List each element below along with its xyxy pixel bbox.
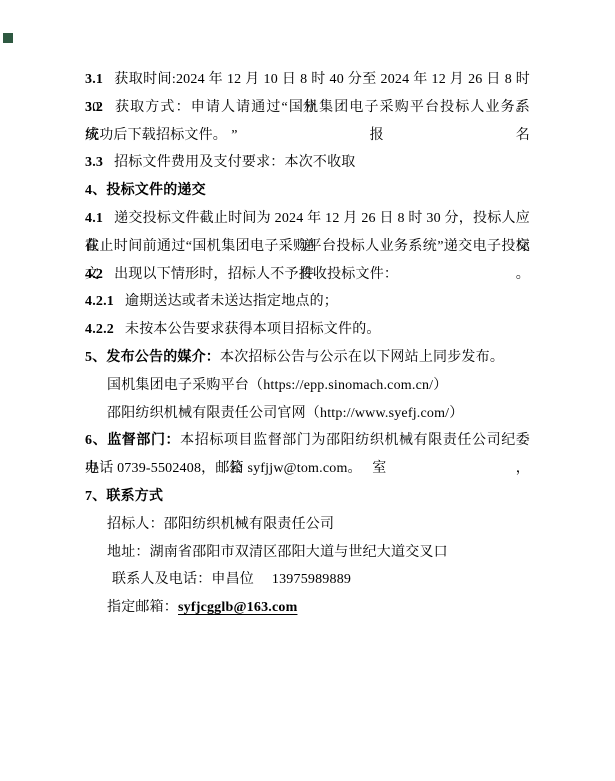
page-marker	[3, 33, 13, 43]
line-text: 电话 0739-5502408，邮箱 syfjjw@tom.com。	[85, 461, 362, 476]
line-text: 逾期送达或者未送达指定地点的；	[125, 294, 338, 309]
line-label: 发布公告的媒介：	[106, 350, 220, 365]
doc-line: 4.2.2未按本公告要求获得本项目招标文件的。	[85, 316, 530, 344]
line-number: 6、	[85, 433, 107, 448]
doc-line: 联系人及电话：申昌位 13975989889	[85, 566, 530, 594]
line-text: 指定邮箱：	[107, 600, 178, 615]
doc-line: 地址：湖南省邵阳市双清区邵阳大道与世纪大道交叉口	[85, 539, 530, 567]
line-text: 本次招标公告与公示在以下网站上同步发布。	[220, 350, 504, 365]
line-number: 4.2.2	[85, 322, 114, 337]
line-text: 未按本公告要求获得本项目招标文件的。	[125, 322, 381, 337]
line-text: 联系人及电话：申昌位 13975989889	[112, 572, 351, 587]
doc-line: 邵阳纺织机械有限责任公司官网（http://www.syefj.com/）	[85, 400, 530, 428]
doc-line: 截止时间前通过“国机集团电子采购平台投标人业务系统”递交电子投标文件。	[85, 233, 530, 261]
line-number: 4.1	[85, 211, 103, 226]
line-number: 4、	[85, 183, 106, 198]
doc-line: 3.1获取时间:2024 年 12 月 10 日 8 时 40 分至 2024 …	[85, 66, 530, 94]
doc-line: 5、发布公告的媒介：本次招标公告与公示在以下网站上同步发布。	[85, 344, 530, 372]
line-number: 3.2	[85, 100, 103, 115]
line-label: 联系方式	[106, 489, 163, 504]
line-label: 监督部门：	[107, 433, 180, 448]
doc-line: 国机集团电子采购平台（https://epp.sinomach.com.cn/）	[85, 372, 530, 400]
doc-line: 4.1递交投标文件截止时间为 2024 年 12 月 26 日 8 时 30 分…	[85, 205, 530, 233]
line-number: 3.1	[85, 72, 103, 87]
line-number: 4.2	[85, 267, 103, 282]
line-text: 招标人：邵阳纺织机械有限责任公司	[107, 517, 334, 532]
line-number: 3.3	[85, 155, 103, 170]
doc-line: 7、联系方式	[85, 483, 530, 511]
doc-line: 6、监督部门：本招标项目监督部门为邵阳纺织机械有限责任公司纪委办公室，	[85, 427, 530, 455]
doc-line: 3.3招标文件费用及支付要求：本次不收取	[85, 149, 530, 177]
doc-line: 4.2.1逾期送达或者未送达指定地点的；	[85, 288, 530, 316]
line-text: 出现以下情形时，招标人不予接收投标文件：	[114, 267, 398, 282]
doc-line: 指定邮箱：syfjcgglb@163.com	[85, 594, 530, 622]
doc-line: 4、投标文件的递交	[85, 177, 530, 205]
line-number: 7、	[85, 489, 106, 504]
email-link[interactable]: syfjcgglb@163.com	[178, 600, 297, 615]
line-text: 地址：湖南省邵阳市双清区邵阳大道与世纪大道交叉口	[107, 545, 448, 560]
line-label: 投标文件的递交	[106, 183, 205, 198]
line-text: 国机集团电子采购平台（https://epp.sinomach.com.cn/）	[107, 378, 447, 393]
line-text: 招标文件费用及支付要求：本次不收取	[114, 155, 355, 170]
line-number: 4.2.1	[85, 294, 114, 309]
doc-line: 3.2获取方式：申请人请通过“国机集团电子采购平台投标人业务系统”报名	[85, 94, 530, 122]
document-page: 3.1获取时间:2024 年 12 月 10 日 8 时 40 分至 2024 …	[0, 0, 615, 781]
line-number: 5、	[85, 350, 106, 365]
doc-line: 招标人：邵阳纺织机械有限责任公司	[85, 511, 530, 539]
line-text: 成功后下载招标文件。	[85, 128, 227, 143]
line-text: 邵阳纺织机械有限责任公司官网（http://www.syefj.com/）	[107, 406, 463, 421]
document-body: 3.1获取时间:2024 年 12 月 10 日 8 时 40 分至 2024 …	[85, 66, 530, 622]
